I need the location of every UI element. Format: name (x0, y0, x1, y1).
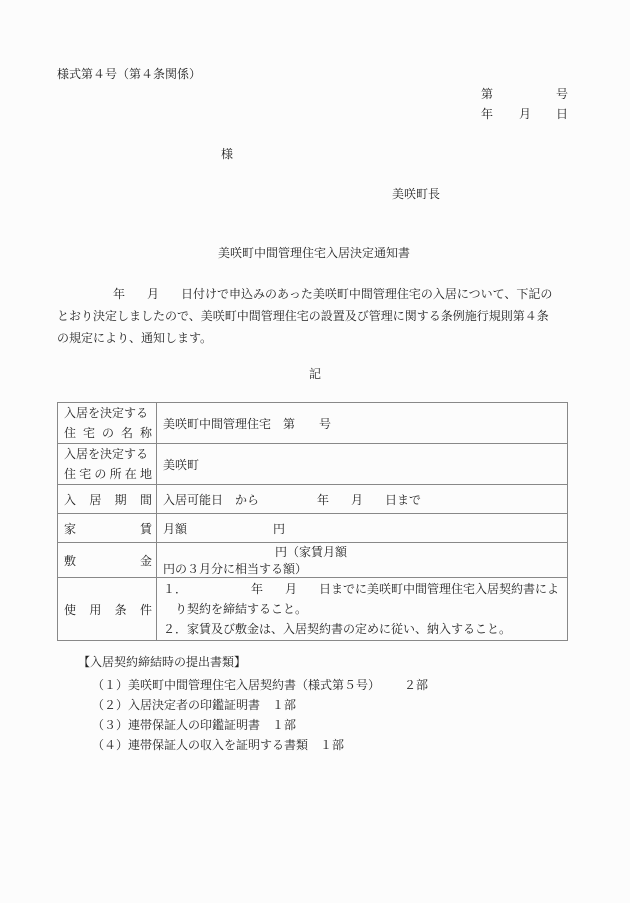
period-year: 年 (317, 493, 329, 507)
label-char: 所 (110, 464, 122, 484)
label-char: 間 (140, 491, 152, 508)
condition-number: １． (163, 582, 187, 596)
value-period: 入居可能日 から年月日まで (157, 485, 568, 514)
label-conditions: 使 用 条 件 (58, 578, 157, 641)
document-item: （２）入居決定者の印鑑証明書１部 (92, 699, 296, 711)
label-char: の (94, 464, 106, 484)
label-char: 地 (140, 464, 152, 484)
label-housing-location: 入居を決定する 住 宅 の 所 在 地 (58, 444, 157, 485)
label-char: 住 (64, 464, 76, 484)
value-conditions: １．年月日までに美咲町中間管理住宅入居契約書によ り契約を締結すること。 ２．家… (157, 578, 568, 641)
form-number: 様式第４号（第４条関係） (57, 68, 201, 80)
document-item: （４）連帯保証人の収入を証明する書類１部 (92, 739, 344, 751)
item-quantity: １部 (272, 698, 296, 712)
condition-1-cont: り契約を締結すること。 (163, 599, 561, 619)
label-char: 在 (125, 464, 137, 484)
item-text: 連帯保証人の印鑑証明書 (128, 718, 260, 732)
label-line: 入居を決定する (64, 444, 152, 464)
label-period: 入 居 期 間 (58, 485, 157, 514)
period-start: 入居可能日 から (163, 493, 259, 507)
body-month: 月 (147, 287, 159, 301)
item-number: （１） (92, 678, 128, 692)
label-char: 称 (140, 423, 152, 443)
table-row-deposit: 敷 金 円（家賃月額円の３月分に相当する額） (58, 543, 568, 578)
label-deposit: 敷 金 (58, 543, 157, 578)
rent-monthly-label: 月額 (163, 522, 187, 536)
value-deposit: 円（家賃月額円の３月分に相当する額） (157, 543, 568, 578)
period-end: 日まで (385, 493, 421, 507)
ki-heading: 記 (309, 368, 321, 380)
value-housing-location: 美咲町 (157, 444, 568, 485)
condition-2: ２．家賃及び敷金は、入居契約書の定めに従い、納入すること。 (163, 619, 561, 639)
issuer: 美咲町長 (392, 188, 440, 200)
item-quantity: ２部 (404, 678, 428, 692)
table-row-housing-location: 入居を決定する 住 宅 の 所 在 地 美咲町 (58, 444, 568, 485)
document-title: 美咲町中間管理住宅入居決定通知書 (218, 247, 410, 259)
item-number: （２） (92, 698, 128, 712)
label-line: 住 宅 の 名 称 (64, 423, 152, 443)
label-char: 敷 (64, 552, 76, 569)
label-char: 用 (89, 601, 101, 618)
date-year: 年 (481, 108, 493, 120)
table-row-period: 入 居 期 間 入居可能日 から年月日まで (58, 485, 568, 514)
item-number: （３） (92, 718, 128, 732)
label-char: 使 (64, 601, 76, 618)
date-month: 月 (519, 108, 531, 120)
document-item: （３）連帯保証人の印鑑証明書１部 (92, 719, 296, 731)
deposit-yen: 円（家賃月額 (275, 545, 347, 559)
value-rent: 月額円 (157, 514, 568, 543)
table-row-conditions: 使 用 条 件 １．年月日までに美咲町中間管理住宅入居契約書によ り契約を締結す… (58, 578, 568, 641)
label-char: 名 (121, 423, 133, 443)
value-housing-name: 美咲町中間管理住宅 第 号 (157, 403, 568, 444)
item-text: 連帯保証人の収入を証明する書類 (128, 738, 308, 752)
item-number: （４） (92, 738, 128, 752)
rent-yen: 円 (273, 522, 285, 536)
label-rent: 家 賃 (58, 514, 157, 543)
label-char: 住 (64, 423, 76, 443)
item-quantity: １部 (320, 738, 344, 752)
condition-month: 月 (285, 582, 297, 596)
item-text: 美咲町中間管理住宅入居契約書（様式第５号） (128, 678, 380, 692)
body-line1-text: 日付けで申込みのあった美咲町中間管理住宅の入居について、下記の (181, 287, 552, 301)
label-housing-name: 入居を決定する 住 宅 の 名 称 (58, 403, 157, 444)
label-char: 件 (140, 601, 152, 618)
table-row-housing-name: 入居を決定する 住 宅 の 名 称 美咲町中間管理住宅 第 号 (58, 403, 568, 444)
documents-heading: 【入居契約締結時の提出書類】 (78, 656, 246, 668)
body-line-2: とおり決定しましたので、美咲町中間管理住宅の設置及び管理に関する条例施行規則第４… (57, 305, 569, 327)
addressee-suffix: 様 (221, 148, 233, 160)
condition-text: 日までに美咲町中間管理住宅入居契約書によ (319, 582, 559, 596)
item-quantity: １部 (272, 718, 296, 732)
condition-1: １．年月日までに美咲町中間管理住宅入居契約書によ (163, 579, 561, 599)
label-char: 居 (89, 491, 101, 508)
item-text: 入居決定者の印鑑証明書 (128, 698, 260, 712)
deposit-note: 円の３月分に相当する額） (163, 562, 307, 576)
doc-number-prefix: 第 (481, 88, 493, 100)
body-paragraph: 年月日付けで申込みのあった美咲町中間管理住宅の入居について、下記の とおり決定し… (57, 283, 569, 349)
label-char: の (102, 423, 114, 443)
date-day: 日 (556, 108, 568, 120)
body-year: 年 (113, 287, 125, 301)
label-char: 入 (64, 491, 76, 508)
label-line: 住 宅 の 所 在 地 (64, 464, 152, 484)
label-char: 宅 (83, 423, 95, 443)
info-table: 入居を決定する 住 宅 の 名 称 美咲町中間管理住宅 第 号 入居を決定する … (57, 402, 568, 641)
label-char: 条 (115, 601, 127, 618)
document-item: （１）美咲町中間管理住宅入居契約書（様式第５号）２部 (92, 679, 428, 691)
doc-number-suffix: 号 (556, 88, 568, 100)
label-char: 宅 (79, 464, 91, 484)
table-row-rent: 家 賃 月額円 (58, 514, 568, 543)
body-line-3: の規定により、通知します。 (57, 327, 569, 349)
condition-year: 年 (251, 582, 263, 596)
body-line-1: 年月日付けで申込みのあった美咲町中間管理住宅の入居について、下記の (57, 283, 569, 305)
label-char: 賃 (140, 520, 152, 537)
label-char: 金 (140, 552, 152, 569)
period-month: 月 (351, 493, 363, 507)
label-line: 入居を決定する (64, 403, 152, 423)
label-char: 家 (64, 520, 76, 537)
label-char: 期 (115, 491, 127, 508)
